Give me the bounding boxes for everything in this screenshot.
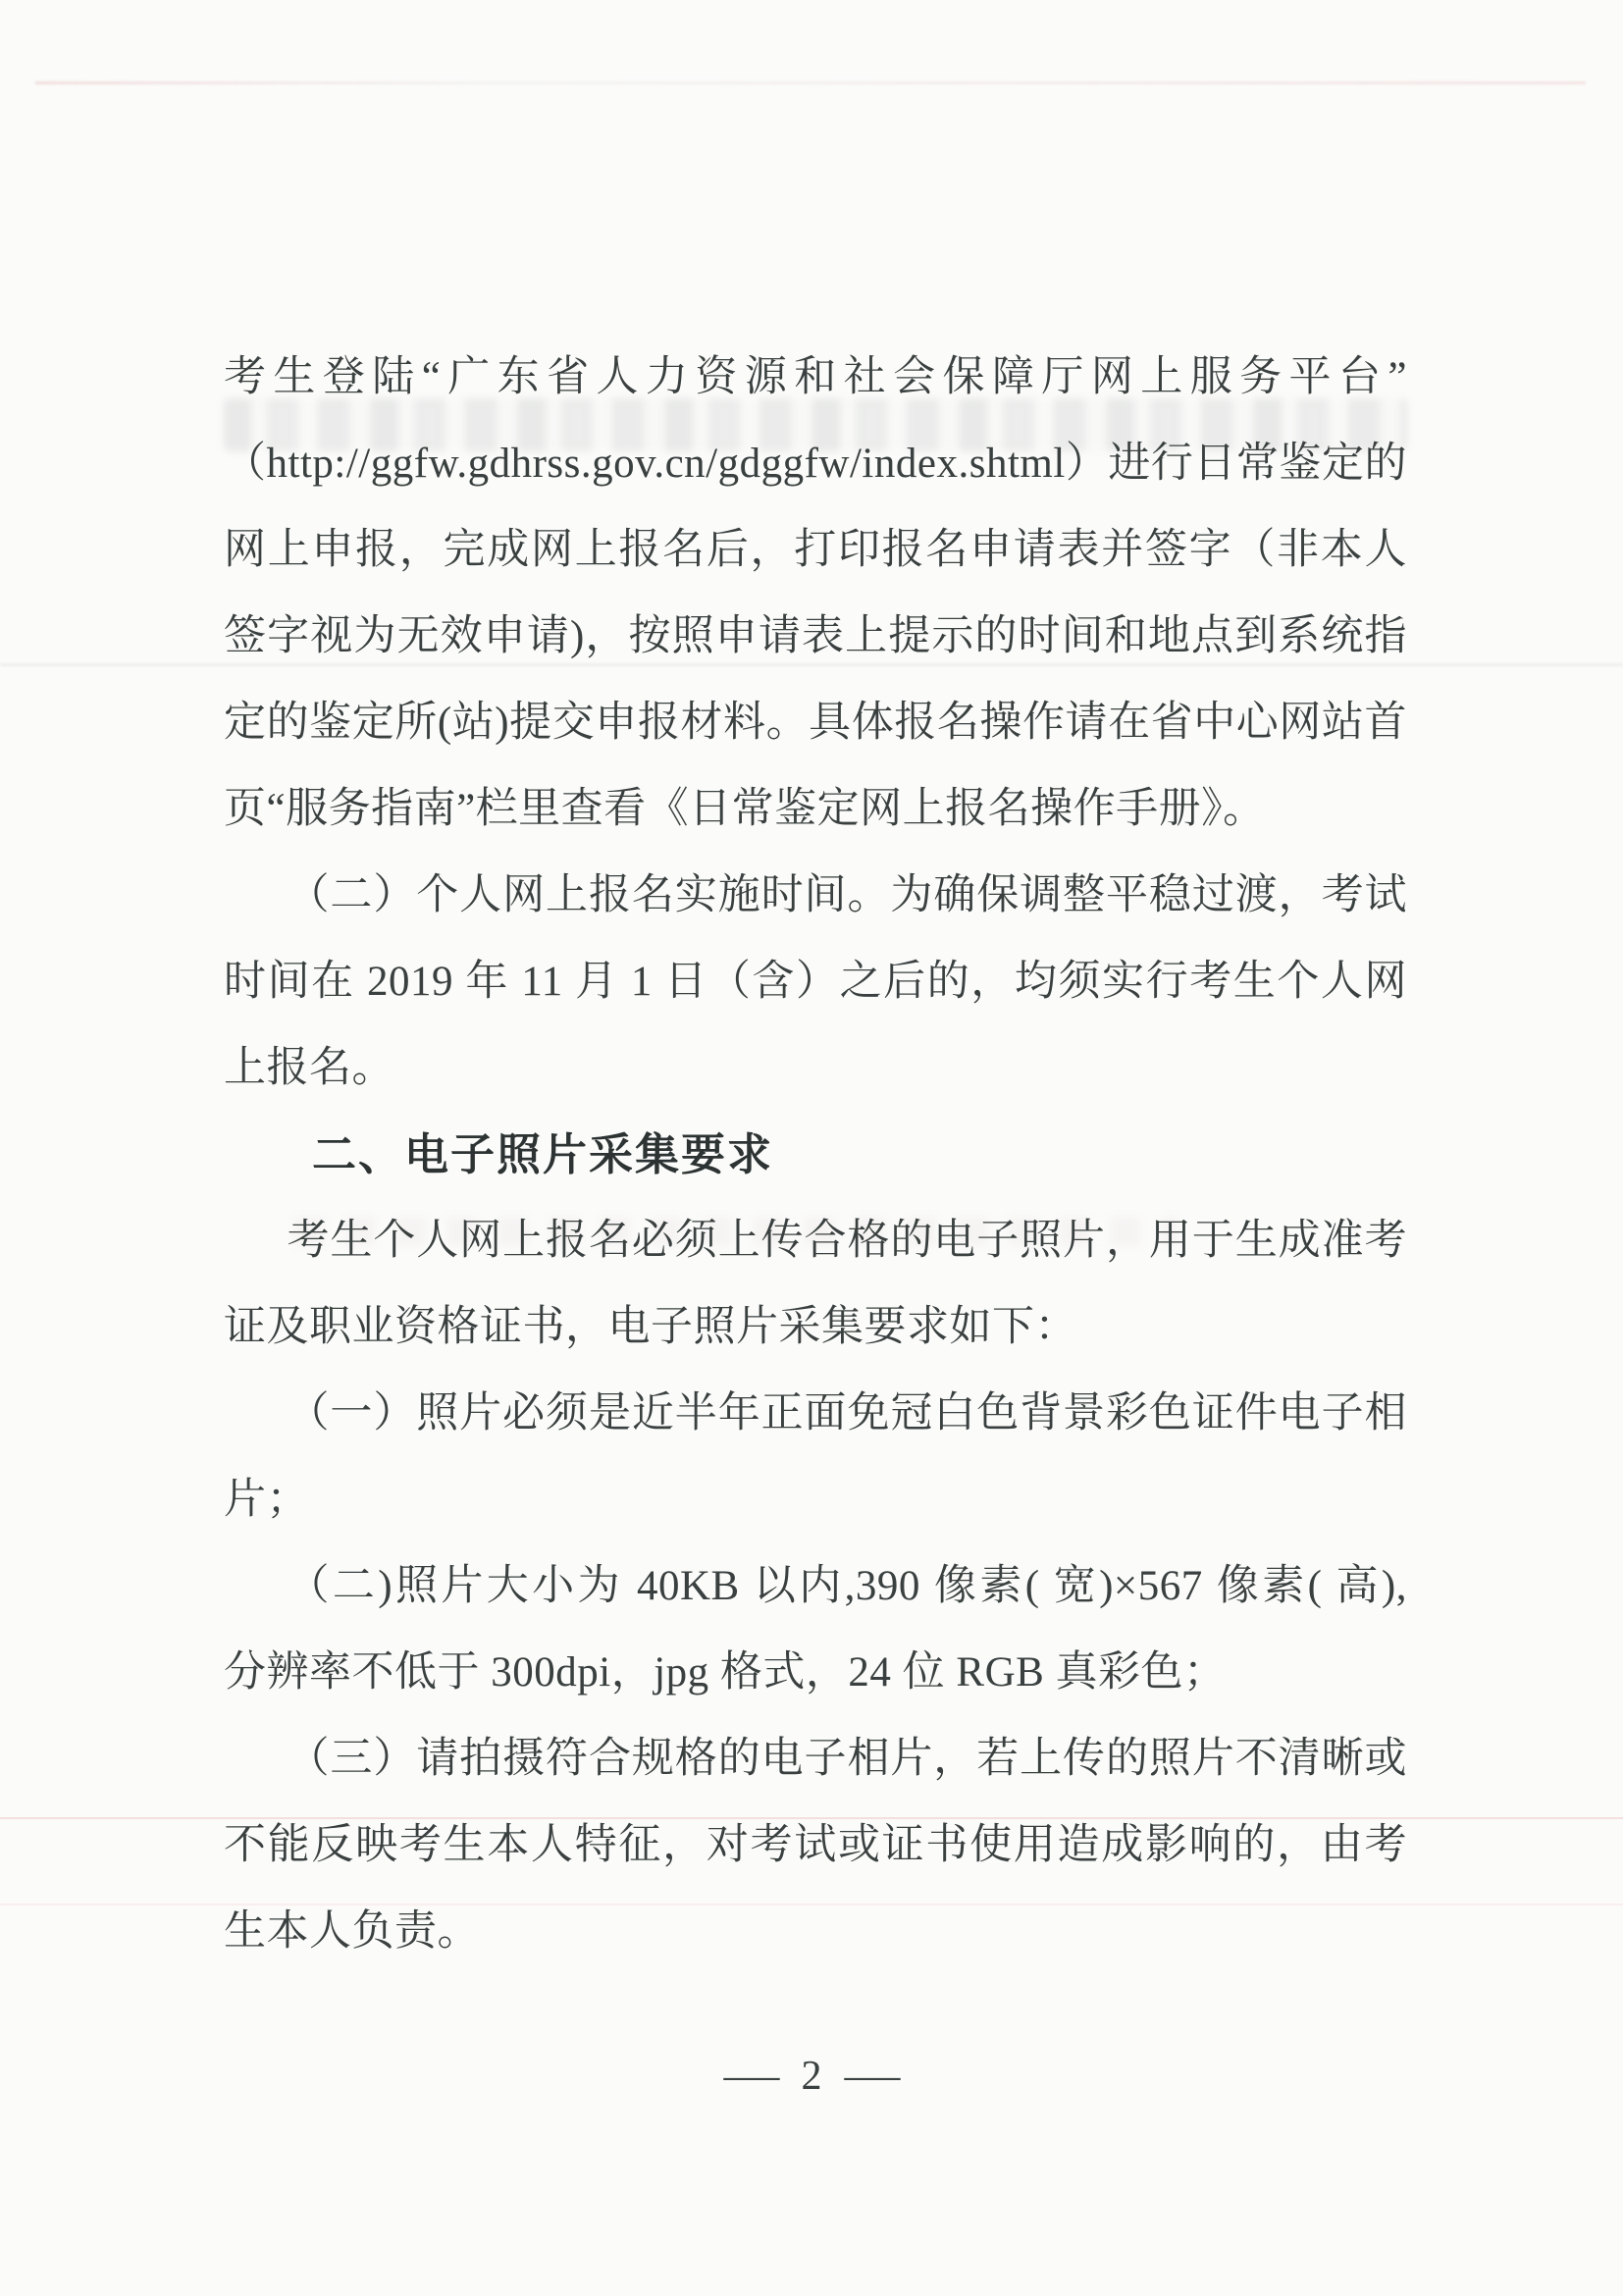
page-footer: — 2 —: [0, 2033, 1623, 2119]
text-line-4: 签字视为无效申请)，按照申请表上提示的时间和地点到系统指: [224, 594, 1407, 680]
text-line-18: 不能反映考生本人特征，对考试或证书使用造成影响的，由考: [224, 1802, 1407, 1889]
text-line-14: 片；: [224, 1457, 1407, 1543]
footer-page-number: 2: [802, 2053, 822, 2100]
text-line-8: 时间在 2019 年 11 月 1 日（含）之后的，均须实行考生个人网: [224, 939, 1407, 1025]
text-line-15: （二)照片大小为 40KB 以内,390 像素( 宽)×567 像素( 高),: [224, 1543, 1407, 1630]
text-line-19: 生本人负责。: [224, 1889, 1407, 1975]
text-line-6: 页“服务指南”栏里查看《日常鉴定网上报名操作手册》。: [224, 766, 1407, 853]
document-page: 考生登陆“广东省人力资源和社会保障厅网上服务平台”（http://ggfw.gd…: [0, 0, 1623, 2296]
text-line-17: （三）请拍摄符合规格的电子相片，若上传的照片不清晰或: [224, 1716, 1407, 1802]
text-line-9: 上报名。: [224, 1025, 1407, 1112]
text-line-1: 考生登陆“广东省人力资源和社会保障厅网上服务平台”: [224, 335, 1407, 421]
text-line-12: 证及职业资格证书，电子照片采集要求如下：: [224, 1284, 1407, 1371]
footer-dash-left: —: [723, 2053, 779, 2100]
text-line-11: 考生个人网上报名必须上传合格的电子照片，用于生成准考: [224, 1198, 1407, 1284]
text-line-13: （一）照片必须是近半年正面免冠白色背景彩色证件电子相: [224, 1371, 1407, 1457]
text-line-3: 网上申报，完成网上报名后，打印报名申请表并签字（非本人: [224, 507, 1407, 594]
text-line-16: 分辨率不低于 300dpi，jpg 格式，24 位 RGB 真彩色；: [224, 1630, 1407, 1716]
text-line-5: 定的鉴定所(站)提交申报材料。具体报名操作请在省中心网站首: [224, 680, 1407, 766]
footer-dash-right: —: [844, 2053, 900, 2100]
text-line-7: （二）个人网上报名实施时间。为确保调整平稳过渡，考试: [224, 853, 1407, 939]
scan-artifact-top-line: [35, 81, 1586, 84]
text-line-2: （http://ggfw.gdhrss.gov.cn/gdggfw/index.…: [224, 421, 1407, 507]
document-body: 考生登陆“广东省人力资源和社会保障厅网上服务平台”（http://ggfw.gd…: [224, 335, 1407, 1975]
text-line-10: 二、电子照片采集要求: [224, 1112, 1407, 1198]
